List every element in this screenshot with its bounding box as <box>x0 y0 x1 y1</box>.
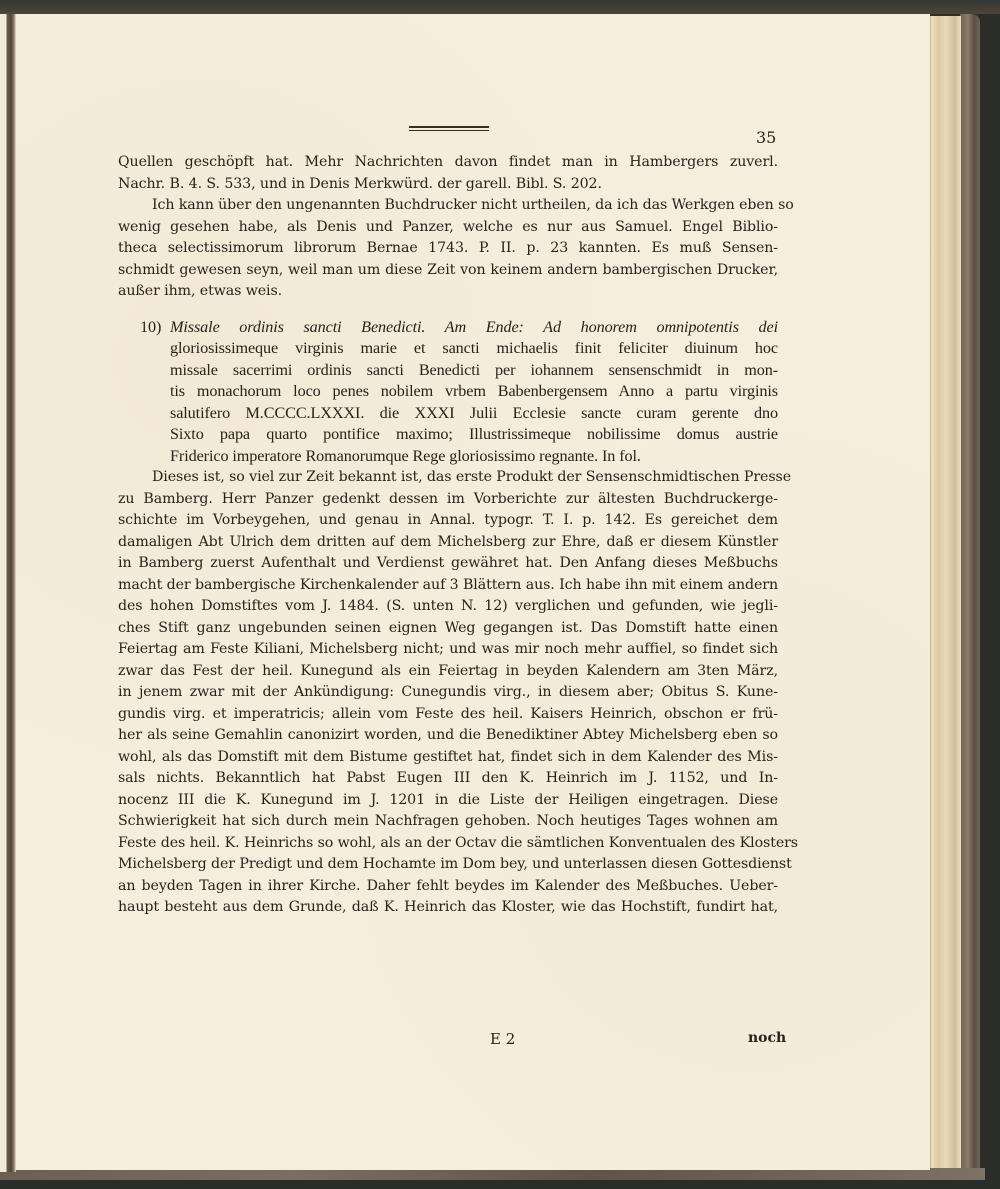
text-line: gundis virg. et imperatricis; allein vom… <box>118 704 778 726</box>
text-line: schmidt gewesen seyn, weil man um diese … <box>118 260 778 282</box>
entry-title-line: Missale ordinis sancti Benedicti. Am End… <box>170 318 778 336</box>
text-line: in jenem zwar mit der Ankündigung: Cuneg… <box>118 682 778 704</box>
text-line: her als seine Gemahlin canonizirt worden… <box>118 725 778 747</box>
entry-line: missale sacerrimi ordinis sancti Benedic… <box>140 360 778 382</box>
text-line: zwar das Fest der heil. Kunegund als ein… <box>118 661 778 683</box>
text-line: Dieses ist, so viel zur Zeit bekannt ist… <box>118 467 778 489</box>
entry-line: gloriosissimeque virginis marie et sanct… <box>140 338 778 360</box>
text-line: Feste des heil. K. Heinrichs so wohl, al… <box>118 833 778 855</box>
page-fore-edge <box>930 16 961 1170</box>
entry-line: Friderico imperatore Romanorumque Rege g… <box>140 446 778 468</box>
text-line: macht der bambergische Kirchenkalender a… <box>118 575 778 597</box>
text-line: theca selectissimorum librorum Bernae 17… <box>118 238 778 260</box>
text-line: Schwierigkeit hat sich durch mein Nachfr… <box>118 811 778 833</box>
page-number: 35 <box>756 128 776 147</box>
book-top-edge <box>0 0 1000 14</box>
text-line: Feiertag am Feste Kiliani, Michelsberg n… <box>118 639 778 661</box>
text-line: schichte im Vorbeygehen, und genau in An… <box>118 510 778 532</box>
text-line: des hohen Domstiftes vom J. 1484. (S. un… <box>118 596 778 618</box>
text-line: an beyden Tagen in ihrer Kirche. Daher f… <box>118 876 778 898</box>
text-line: in Bamberg zuerst Aufenthalt und Verdien… <box>118 553 778 575</box>
text-line: außer ihm, etwas weis. <box>118 281 778 303</box>
book-gutter <box>0 14 16 1172</box>
text-line: wenig gesehen habe, als Denis und Panzer… <box>118 217 778 239</box>
paragraph-body: Dieses ist, so viel zur Zeit bekannt ist… <box>118 467 778 919</box>
text-line: nocenz III die K. Kunegund im J. 1201 in… <box>118 790 778 812</box>
text-line: Quellen geschöpft hat. Mehr Nachrichten … <box>118 152 778 174</box>
page-text: Quellen geschöpft hat. Mehr Nachrichten … <box>118 152 778 919</box>
text-line: haupt besteht aus dem Grunde, daß K. Hei… <box>118 897 778 919</box>
text-line: zu Bamberg. Herr Panzer gedenkt dessen i… <box>118 489 778 511</box>
catchword: noch <box>748 1030 786 1046</box>
text-line: Michelsberg der Predigt und dem Hochamte… <box>118 854 778 876</box>
entry-first-line: 10)Missale ordinis sancti Benedicti. Am … <box>140 317 778 339</box>
text-line: damaligen Abt Ulrich dem dritten auf dem… <box>118 532 778 554</box>
entry-line: tis monachorum loco penes nobilem vrbem … <box>140 381 778 403</box>
entry-line: salutifero M.CCCC.LXXXI. die XXXI Julii … <box>140 403 778 425</box>
signature-mark: E 2 <box>490 1030 515 1048</box>
header-rule <box>409 126 489 131</box>
book-cover-board <box>960 14 980 1180</box>
text-line: Ich kann über den ungenannten Buchdrucke… <box>118 195 778 217</box>
paragraph-continuation: Quellen geschöpft hat. Mehr Nachrichten … <box>118 152 778 195</box>
text-line: Nachr. B. 4. S. 533, und in Denis Merkwü… <box>118 174 778 196</box>
entry-number: 10) <box>140 317 170 339</box>
catalog-entry-10: 10)Missale ordinis sancti Benedicti. Am … <box>118 317 778 468</box>
paragraph-printer: Ich kann über den ungenannten Buchdrucke… <box>118 195 778 303</box>
text-line: ches Stift ganz ungebunden seinen eignen… <box>118 618 778 640</box>
text-line: sals nichts. Bekanntlich hat Pabst Eugen… <box>118 768 778 790</box>
entry-line: Sixto papa quarto pontifice maximo; Illu… <box>140 424 778 446</box>
text-line: wohl, als das Domstift mit dem Bistume g… <box>118 747 778 769</box>
